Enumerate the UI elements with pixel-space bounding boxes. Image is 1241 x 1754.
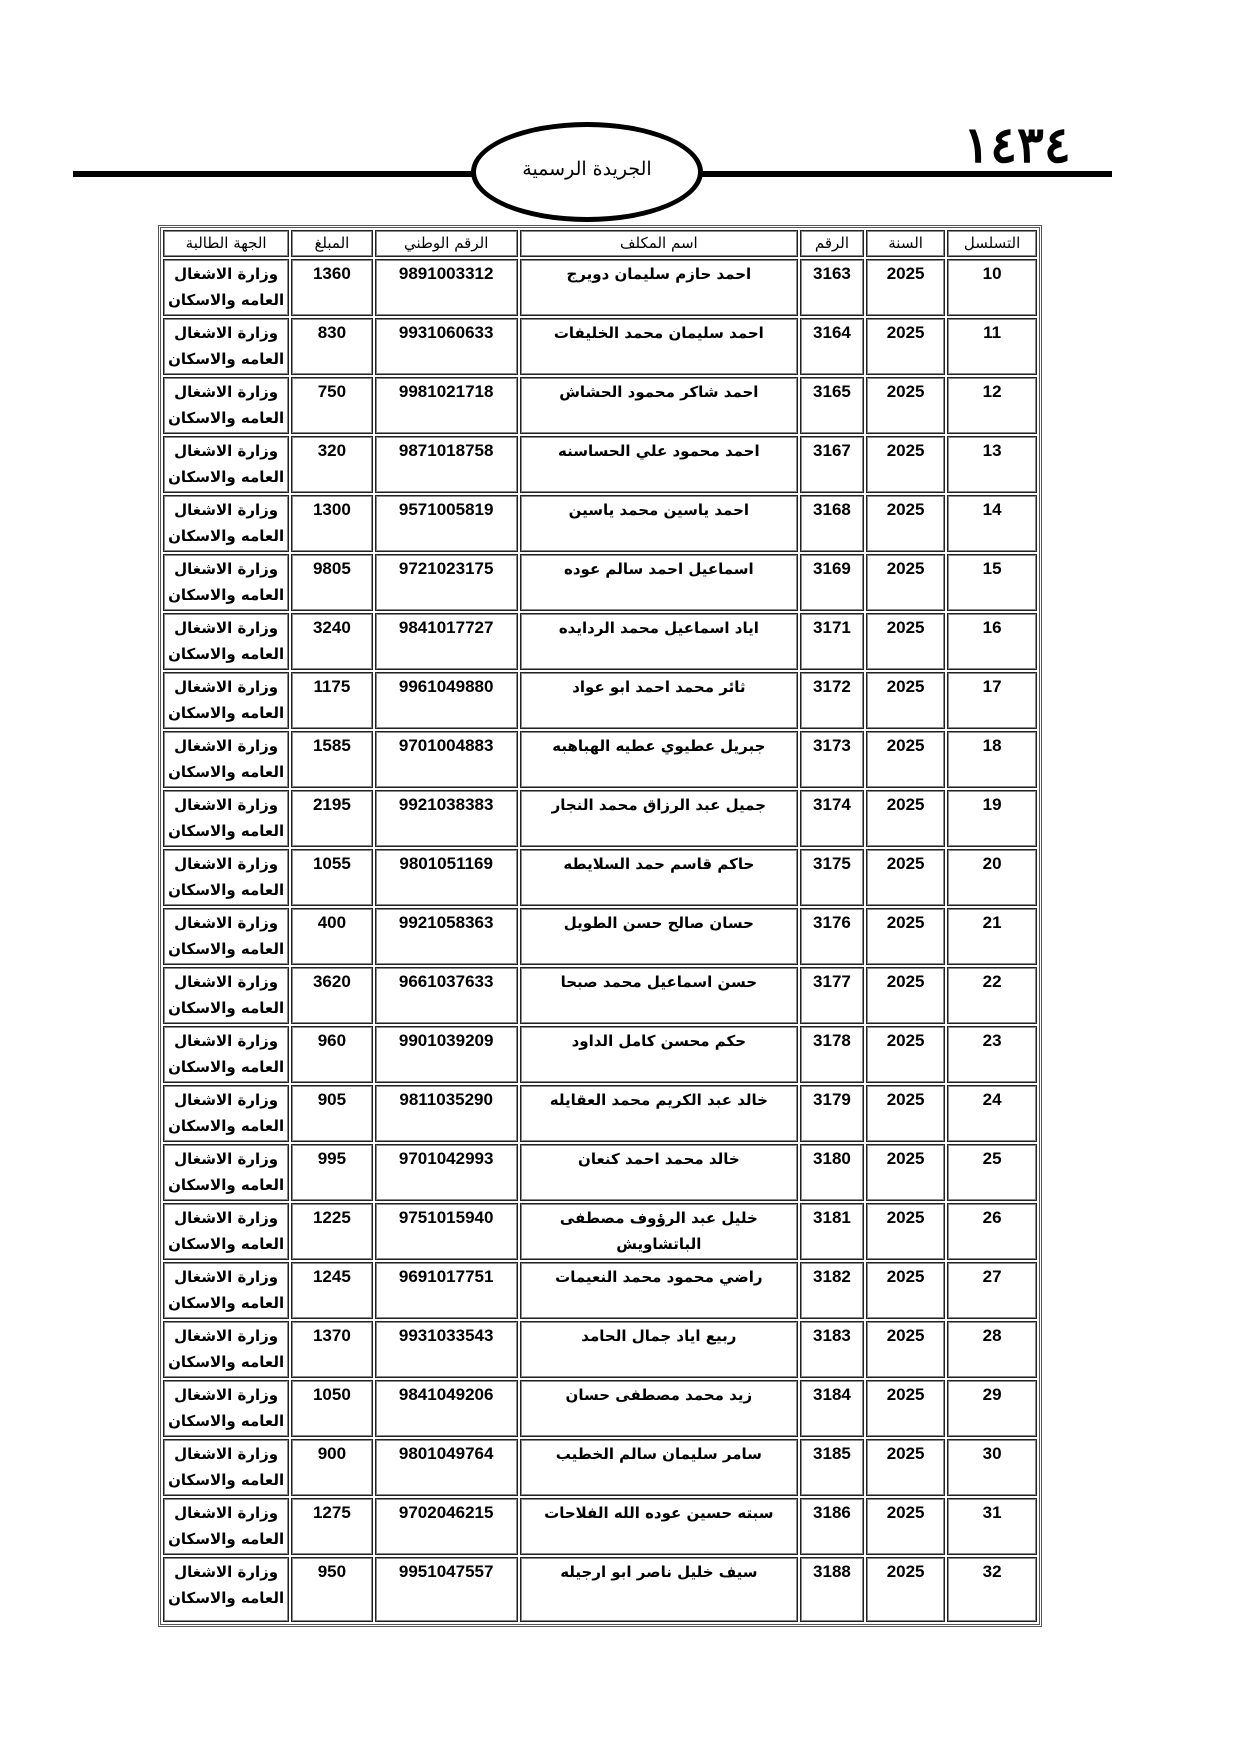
cell-name: سبته حسين عوده الله الفلاحات — [520, 1498, 798, 1555]
cell-national-id: 9841049206 — [375, 1380, 518, 1437]
column-header-national-id: الرقم الوطني — [375, 230, 518, 257]
cell-serial: 18 — [947, 731, 1037, 788]
cell-name: سامر سليمان سالم الخطيب — [520, 1439, 798, 1496]
column-header-serial: التسلسل — [947, 230, 1037, 257]
cell-year: 2025 — [866, 1439, 945, 1496]
agency-line-2: العامه والاسكان — [168, 700, 284, 726]
cell-year: 2025 — [866, 967, 945, 1024]
cell-year: 2025 — [866, 1380, 945, 1437]
cell-year: 2025 — [866, 495, 945, 552]
table-row: 2020253175حاكم قاسم حمد السلايطه98010511… — [163, 849, 1037, 906]
cell-number: 3172 — [800, 672, 864, 729]
cell-name: ربيع اياد جمال الحامد — [520, 1321, 798, 1378]
cell-amount: 1055 — [291, 849, 372, 906]
cell-name: احمد شاكر محمود الحشاش — [520, 377, 798, 434]
agency-line-2: العامه والاسكان — [168, 1408, 284, 1434]
table-row: 1320253167احمد محمود علي الحساسنه9871018… — [163, 436, 1037, 493]
agency-line-2: العامه والاسكان — [168, 1290, 284, 1316]
cell-number: 3180 — [800, 1144, 864, 1201]
cell-national-id: 9931033543 — [375, 1321, 518, 1378]
table-row: 2520253180خالد محمد احمد كنعان9701042993… — [163, 1144, 1037, 1201]
cell-agency: وزارة الاشغالالعامه والاسكان — [163, 1380, 289, 1437]
cell-number: 3171 — [800, 613, 864, 670]
cell-serial: 13 — [947, 436, 1037, 493]
cell-national-id: 9901039209 — [375, 1026, 518, 1083]
cell-year: 2025 — [866, 849, 945, 906]
agency-line-1: وزارة الاشغال — [168, 1323, 284, 1349]
page-header: الجريدة الرسمية ١٤٣٤ — [0, 0, 1241, 230]
table-row: 2220253177حسن اسماعيل محمد صبحا966103763… — [163, 967, 1037, 1024]
agency-line-1: وزارة الاشغال — [168, 1441, 284, 1467]
column-header-year: السنة — [866, 230, 945, 257]
cell-serial: 24 — [947, 1085, 1037, 1142]
cell-amount: 830 — [291, 318, 372, 375]
cell-national-id: 9951047557 — [375, 1557, 518, 1622]
cell-year: 2025 — [866, 436, 945, 493]
cell-name: حسان صالح حسن الطويل — [520, 908, 798, 965]
cell-serial: 31 — [947, 1498, 1037, 1555]
agency-line-2: العامه والاسكان — [168, 1526, 284, 1552]
table-row: 1820253173جبريل عطيوي عطيه الهباهبه97010… — [163, 731, 1037, 788]
table-row: 1420253168احمد ياسين محمد ياسين957100581… — [163, 495, 1037, 552]
agency-line-1: وزارة الاشغال — [168, 1146, 284, 1172]
cell-national-id: 9751015940 — [375, 1203, 518, 1260]
cell-national-id: 9871018758 — [375, 436, 518, 493]
cell-serial: 14 — [947, 495, 1037, 552]
cell-serial: 29 — [947, 1380, 1037, 1437]
agency-line-1: وزارة الاشغال — [168, 1559, 284, 1585]
table-row: 1920253174جميل عبد الرزاق محمد النجار992… — [163, 790, 1037, 847]
cell-agency: وزارة الاشغالالعامه والاسكان — [163, 377, 289, 434]
agency-line-1: وزارة الاشغال — [168, 792, 284, 818]
cell-serial: 21 — [947, 908, 1037, 965]
agency-line-1: وزارة الاشغال — [168, 674, 284, 700]
cell-national-id: 9981021718 — [375, 377, 518, 434]
agency-line-1: وزارة الاشغال — [168, 438, 284, 464]
cell-agency: وزارة الاشغالالعامه والاسكان — [163, 436, 289, 493]
cell-amount: 3620 — [291, 967, 372, 1024]
records-table-container: التسلسل السنة الرقم اسم المكلف الرقم الو… — [158, 225, 1042, 1627]
cell-national-id: 9921058363 — [375, 908, 518, 965]
cell-number: 3168 — [800, 495, 864, 552]
cell-national-id: 9691017751 — [375, 1262, 518, 1319]
cell-agency: وزارة الاشغالالعامه والاسكان — [163, 495, 289, 552]
cell-national-id: 9931060633 — [375, 318, 518, 375]
cell-number: 3188 — [800, 1557, 864, 1622]
agency-line-2: العامه والاسكان — [168, 877, 284, 903]
cell-amount: 1360 — [291, 259, 372, 316]
cell-year: 2025 — [866, 259, 945, 316]
cell-agency: وزارة الاشغالالعامه والاسكان — [163, 1262, 289, 1319]
table-row: 2620253181خليل عبد الرؤوف مصطفى الباتشاو… — [163, 1203, 1037, 1260]
cell-amount: 320 — [291, 436, 372, 493]
cell-year: 2025 — [866, 1557, 945, 1622]
agency-line-2: العامه والاسكان — [168, 1054, 284, 1080]
cell-national-id: 9801051169 — [375, 849, 518, 906]
cell-national-id: 9811035290 — [375, 1085, 518, 1142]
cell-number: 3167 — [800, 436, 864, 493]
cell-amount: 1585 — [291, 731, 372, 788]
cell-amount: 1245 — [291, 1262, 372, 1319]
cell-serial: 20 — [947, 849, 1037, 906]
cell-year: 2025 — [866, 1321, 945, 1378]
header-rule-left — [73, 171, 473, 177]
table-row: 2420253179خالد عبد الكريم محمد العقايله9… — [163, 1085, 1037, 1142]
cell-year: 2025 — [866, 1498, 945, 1555]
agency-line-2: العامه والاسكان — [168, 1585, 284, 1611]
agency-line-2: العامه والاسكان — [168, 1231, 284, 1257]
cell-year: 2025 — [866, 1144, 945, 1201]
agency-line-1: وزارة الاشغال — [168, 1205, 284, 1231]
cell-amount: 1370 — [291, 1321, 372, 1378]
cell-agency: وزارة الاشغالالعامه والاسكان — [163, 1321, 289, 1378]
cell-amount: 1225 — [291, 1203, 372, 1260]
cell-serial: 11 — [947, 318, 1037, 375]
cell-agency: وزارة الاشغالالعامه والاسكان — [163, 1203, 289, 1260]
cell-number: 3181 — [800, 1203, 864, 1260]
cell-national-id: 9921038383 — [375, 790, 518, 847]
agency-line-1: وزارة الاشغال — [168, 733, 284, 759]
cell-name: حسن اسماعيل محمد صبحا — [520, 967, 798, 1024]
table-row: 1520253169اسماعيل احمد سالم عوده97210231… — [163, 554, 1037, 611]
cell-serial: 12 — [947, 377, 1037, 434]
cell-number: 3184 — [800, 1380, 864, 1437]
table-body: 1020253163احمد حازم سليمان دويرج98910033… — [163, 259, 1037, 1622]
cell-serial: 19 — [947, 790, 1037, 847]
cell-amount: 960 — [291, 1026, 372, 1083]
cell-name: زيد محمد مصطفى حسان — [520, 1380, 798, 1437]
cell-number: 3174 — [800, 790, 864, 847]
cell-amount: 1300 — [291, 495, 372, 552]
table-row: 2720253182راضي محمود محمد النعيمات969101… — [163, 1262, 1037, 1319]
agency-line-1: وزارة الاشغال — [168, 1382, 284, 1408]
agency-line-1: وزارة الاشغال — [168, 910, 284, 936]
table-row: 1620253171اياد اسماعيل محمد الردايده9841… — [163, 613, 1037, 670]
cell-number: 3178 — [800, 1026, 864, 1083]
cell-year: 2025 — [866, 790, 945, 847]
cell-number: 3173 — [800, 731, 864, 788]
cell-agency: وزارة الاشغالالعامه والاسكان — [163, 1439, 289, 1496]
cell-number: 3164 — [800, 318, 864, 375]
cell-national-id: 9571005819 — [375, 495, 518, 552]
cell-year: 2025 — [866, 1262, 945, 1319]
cell-amount: 1275 — [291, 1498, 372, 1555]
cell-year: 2025 — [866, 672, 945, 729]
cell-agency: وزارة الاشغالالعامه والاسكان — [163, 967, 289, 1024]
cell-national-id: 9721023175 — [375, 554, 518, 611]
cell-name: جميل عبد الرزاق محمد النجار — [520, 790, 798, 847]
agency-line-2: العامه والاسكان — [168, 1172, 284, 1198]
cell-name: راضي محمود محمد النعيمات — [520, 1262, 798, 1319]
header-title-ellipse: الجريدة الرسمية — [471, 122, 703, 222]
cell-name: احمد سليمان محمد الخليفات — [520, 318, 798, 375]
cell-agency: وزارة الاشغالالعامه والاسكان — [163, 849, 289, 906]
cell-number: 3163 — [800, 259, 864, 316]
page-number: ١٤٣٤ — [962, 118, 1072, 172]
agency-line-1: وزارة الاشغال — [168, 320, 284, 346]
cell-name: احمد محمود علي الحساسنه — [520, 436, 798, 493]
cell-name: اياد اسماعيل محمد الردايده — [520, 613, 798, 670]
cell-serial: 26 — [947, 1203, 1037, 1260]
table-row: 1120253164احمد سليمان محمد الخليفات99310… — [163, 318, 1037, 375]
cell-number: 3182 — [800, 1262, 864, 1319]
agency-line-2: العامه والاسكان — [168, 818, 284, 844]
cell-amount: 2195 — [291, 790, 372, 847]
cell-national-id: 9701004883 — [375, 731, 518, 788]
cell-year: 2025 — [866, 377, 945, 434]
cell-agency: وزارة الاشغالالعامه والاسكان — [163, 672, 289, 729]
records-table: التسلسل السنة الرقم اسم المكلف الرقم الو… — [158, 225, 1042, 1627]
table-row: 3220253188سيف خليل ناصر ابو ارجيله995104… — [163, 1557, 1037, 1622]
cell-amount: 400 — [291, 908, 372, 965]
cell-serial: 27 — [947, 1262, 1037, 1319]
cell-name: جبريل عطيوي عطيه الهباهبه — [520, 731, 798, 788]
table-row: 2120253176حسان صالح حسن الطويل9921058363… — [163, 908, 1037, 965]
table-row: 2920253184زيد محمد مصطفى حسان98410492061… — [163, 1380, 1037, 1437]
table-row: 3120253186سبته حسين عوده الله الفلاحات97… — [163, 1498, 1037, 1555]
cell-agency: وزارة الاشغالالعامه والاسكان — [163, 1557, 289, 1622]
cell-national-id: 9661037633 — [375, 967, 518, 1024]
agency-line-1: وزارة الاشغال — [168, 1264, 284, 1290]
cell-national-id: 9801049764 — [375, 1439, 518, 1496]
cell-number: 3165 — [800, 377, 864, 434]
cell-serial: 10 — [947, 259, 1037, 316]
cell-serial: 23 — [947, 1026, 1037, 1083]
cell-name: حاكم قاسم حمد السلايطه — [520, 849, 798, 906]
cell-national-id: 9701042993 — [375, 1144, 518, 1201]
cell-agency: وزارة الاشغالالعامه والاسكان — [163, 613, 289, 670]
cell-amount: 995 — [291, 1144, 372, 1201]
cell-agency: وزارة الاشغالالعامه والاسكان — [163, 908, 289, 965]
cell-agency: وزارة الاشغالالعامه والاسكان — [163, 731, 289, 788]
cell-year: 2025 — [866, 1203, 945, 1260]
cell-amount: 905 — [291, 1085, 372, 1142]
cell-serial: 22 — [947, 967, 1037, 1024]
cell-agency: وزارة الاشغالالعامه والاسكان — [163, 790, 289, 847]
cell-serial: 25 — [947, 1144, 1037, 1201]
column-header-amount: المبلغ — [291, 230, 372, 257]
cell-agency: وزارة الاشغالالعامه والاسكان — [163, 1085, 289, 1142]
agency-line-2: العامه والاسكان — [168, 641, 284, 667]
cell-name: خالد محمد احمد كنعان — [520, 1144, 798, 1201]
cell-amount: 1175 — [291, 672, 372, 729]
agency-line-2: العامه والاسكان — [168, 464, 284, 490]
agency-line-1: وزارة الاشغال — [168, 556, 284, 582]
agency-line-2: العامه والاسكان — [168, 936, 284, 962]
agency-line-2: العامه والاسكان — [168, 1349, 284, 1375]
agency-line-2: العامه والاسكان — [168, 287, 284, 313]
agency-line-1: وزارة الاشغال — [168, 1500, 284, 1526]
cell-name: احمد حازم سليمان دويرج — [520, 259, 798, 316]
cell-number: 3185 — [800, 1439, 864, 1496]
cell-amount: 1050 — [291, 1380, 372, 1437]
cell-national-id: 9702046215 — [375, 1498, 518, 1555]
table-header-row: التسلسل السنة الرقم اسم المكلف الرقم الو… — [163, 230, 1037, 257]
agency-line-1: وزارة الاشغال — [168, 261, 284, 287]
table-row: 3020253185سامر سليمان سالم الخطيب9801049… — [163, 1439, 1037, 1496]
cell-number: 3179 — [800, 1085, 864, 1142]
table-row: 2820253183ربيع اياد جمال الحامد993103354… — [163, 1321, 1037, 1378]
cell-name: خليل عبد الرؤوف مصطفى الباتشاويش — [520, 1203, 798, 1260]
cell-number: 3186 — [800, 1498, 864, 1555]
cell-agency: وزارة الاشغالالعامه والاسكان — [163, 1026, 289, 1083]
table-row: 2320253178حكم محسن كامل الداود9901039209… — [163, 1026, 1037, 1083]
column-header-number: الرقم — [800, 230, 864, 257]
table-row: 1720253172ثائر محمد احمد ابو عواد9961049… — [163, 672, 1037, 729]
cell-amount: 9805 — [291, 554, 372, 611]
cell-national-id: 9841017727 — [375, 613, 518, 670]
cell-agency: وزارة الاشغالالعامه والاسكان — [163, 259, 289, 316]
agency-line-2: العامه والاسكان — [168, 582, 284, 608]
cell-name: ثائر محمد احمد ابو عواد — [520, 672, 798, 729]
cell-serial: 28 — [947, 1321, 1037, 1378]
cell-year: 2025 — [866, 1085, 945, 1142]
agency-line-2: العامه والاسكان — [168, 346, 284, 372]
agency-line-2: العامه والاسكان — [168, 1467, 284, 1493]
cell-agency: وزارة الاشغالالعامه والاسكان — [163, 1144, 289, 1201]
cell-serial: 15 — [947, 554, 1037, 611]
cell-year: 2025 — [866, 554, 945, 611]
cell-name: حكم محسن كامل الداود — [520, 1026, 798, 1083]
cell-amount: 3240 — [291, 613, 372, 670]
agency-line-1: وزارة الاشغال — [168, 379, 284, 405]
cell-name: سيف خليل ناصر ابو ارجيله — [520, 1557, 798, 1622]
publication-title: الجريدة الرسمية — [522, 158, 651, 180]
cell-serial: 30 — [947, 1439, 1037, 1496]
agency-line-2: العامه والاسكان — [168, 1113, 284, 1139]
cell-year: 2025 — [866, 731, 945, 788]
cell-number: 3175 — [800, 849, 864, 906]
table-row: 1020253163احمد حازم سليمان دويرج98910033… — [163, 259, 1037, 316]
agency-line-2: العامه والاسكان — [168, 405, 284, 431]
cell-agency: وزارة الاشغالالعامه والاسكان — [163, 318, 289, 375]
cell-year: 2025 — [866, 1026, 945, 1083]
agency-line-1: وزارة الاشغال — [168, 1087, 284, 1113]
cell-year: 2025 — [866, 908, 945, 965]
cell-amount: 750 — [291, 377, 372, 434]
column-header-agency: الجهة الطالبة — [163, 230, 289, 257]
cell-amount: 900 — [291, 1439, 372, 1496]
agency-line-1: وزارة الاشغال — [168, 615, 284, 641]
cell-national-id: 9891003312 — [375, 259, 518, 316]
cell-amount: 950 — [291, 1557, 372, 1622]
cell-year: 2025 — [866, 613, 945, 670]
cell-agency: وزارة الاشغالالعامه والاسكان — [163, 1498, 289, 1555]
cell-serial: 16 — [947, 613, 1037, 670]
cell-year: 2025 — [866, 318, 945, 375]
cell-number: 3177 — [800, 967, 864, 1024]
cell-number: 3183 — [800, 1321, 864, 1378]
cell-number: 3169 — [800, 554, 864, 611]
agency-line-1: وزارة الاشغال — [168, 1028, 284, 1054]
agency-line-1: وزارة الاشغال — [168, 497, 284, 523]
cell-name: اسماعيل احمد سالم عوده — [520, 554, 798, 611]
cell-agency: وزارة الاشغالالعامه والاسكان — [163, 554, 289, 611]
agency-line-1: وزارة الاشغال — [168, 851, 284, 877]
cell-national-id: 9961049880 — [375, 672, 518, 729]
cell-name: احمد ياسين محمد ياسين — [520, 495, 798, 552]
agency-line-2: العامه والاسكان — [168, 523, 284, 549]
table-row: 1220253165احمد شاكر محمود الحشاش99810217… — [163, 377, 1037, 434]
cell-serial: 17 — [947, 672, 1037, 729]
agency-line-2: العامه والاسكان — [168, 759, 284, 785]
cell-serial: 32 — [947, 1557, 1037, 1622]
cell-number: 3176 — [800, 908, 864, 965]
agency-line-1: وزارة الاشغال — [168, 969, 284, 995]
agency-line-2: العامه والاسكان — [168, 995, 284, 1021]
column-header-name: اسم المكلف — [520, 230, 798, 257]
cell-name: خالد عبد الكريم محمد العقايله — [520, 1085, 798, 1142]
